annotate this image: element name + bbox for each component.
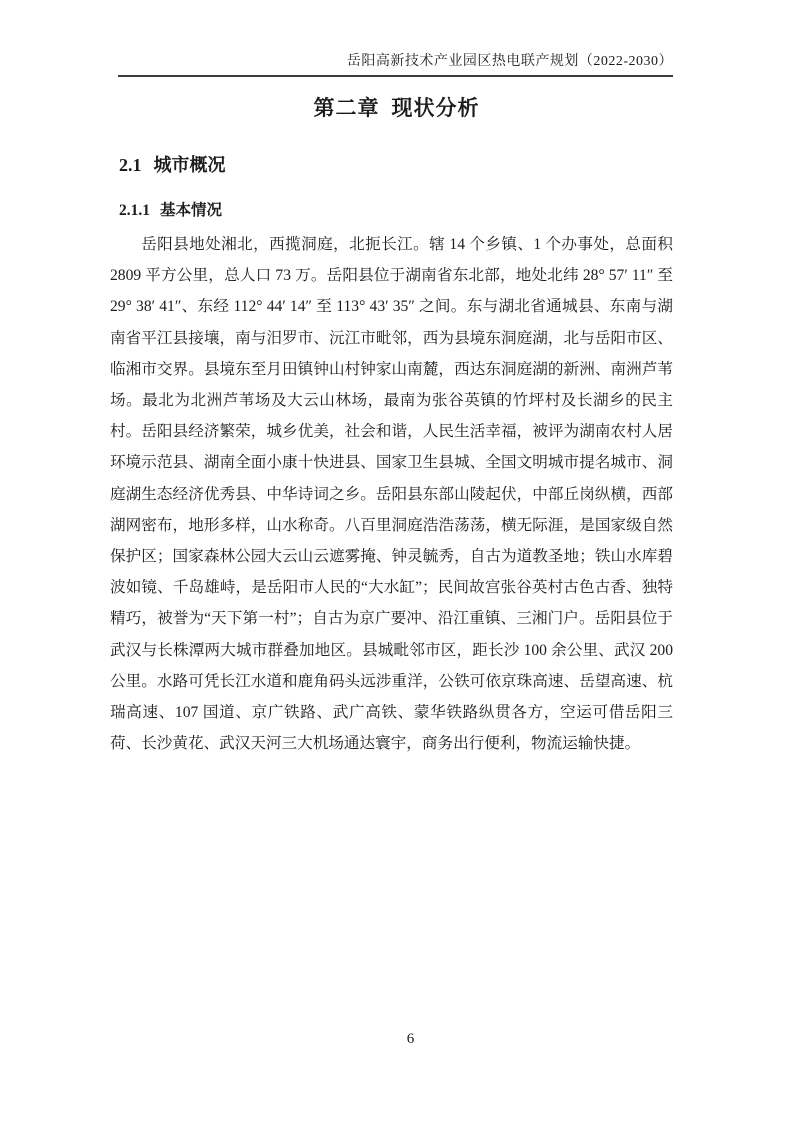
subsection-number: 2.1.1: [119, 202, 150, 219]
document-page: 岳阳高新技术产业园区热电联产规划（2022-2030） 第二章现状分析 2.1城…: [0, 0, 793, 1122]
section-number: 2.1: [119, 155, 142, 175]
header-rule: [118, 75, 673, 77]
section-heading-2-1: 2.1城市概况: [119, 154, 226, 177]
running-head: 岳阳高新技术产业园区热电联产规划（2022-2030）: [347, 53, 673, 71]
section-title: 城市概况: [154, 155, 226, 176]
body-paragraph: 岳阳县地处湘北，西揽洞庭，北扼长江。辖 14 个乡镇、1 个办事处，总面积 28…: [110, 229, 673, 759]
chapter-number: 第二章: [314, 96, 380, 120]
page-number: 6: [407, 1031, 415, 1047]
page-footer: 6: [0, 1030, 793, 1048]
chapter-name: 现状分析: [392, 96, 480, 120]
chapter-title: 第二章现状分析: [0, 95, 793, 121]
subsection-heading-2-1-1: 2.1.1基本情况: [119, 200, 222, 221]
subsection-title: 基本情况: [160, 201, 222, 219]
